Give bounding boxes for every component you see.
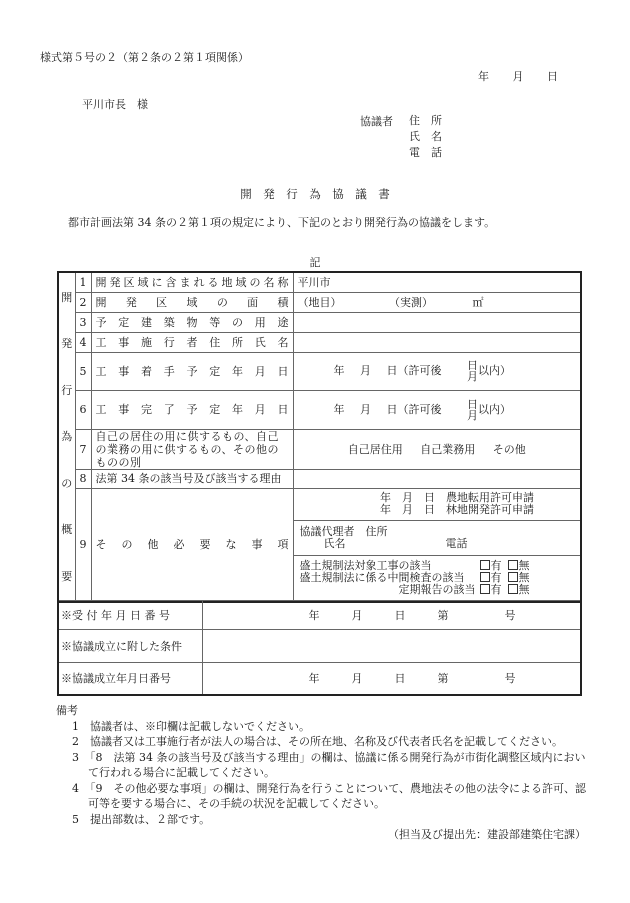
applicant-phone-field[interactable]: 電 話 <box>409 145 442 161</box>
applicant-fields: 住 所 氏 名 電 話 <box>409 113 442 161</box>
area-name-value[interactable]: 平川市 <box>293 272 581 292</box>
addressee: 平川市長 様 <box>82 96 148 112</box>
contractor-value[interactable] <box>293 332 581 352</box>
office-use-table: ※受 付 年 月 日 番 号 年月日第号 ※協議成立に附した条件 ※協議成立年月… <box>57 600 582 696</box>
notes: 備考 1 協議者は、※印欄は記載しないでください。 2 協議者又は工事施行者が法… <box>60 703 590 843</box>
agreement-value[interactable]: 年月日第号 <box>202 663 581 695</box>
ki-heading: 記 <box>0 254 630 270</box>
contact-info: （担当及び提出先：建設部建築住宅課） <box>60 827 590 843</box>
end-date-value[interactable]: 年 月 日（許可後 日 月 以内） <box>293 390 581 429</box>
applicant-name-field[interactable]: 氏 名 <box>409 129 442 145</box>
date-line: 年 月 日 <box>478 68 558 84</box>
notes-heading: 備考 <box>56 703 590 719</box>
applicant-label: 協議者 <box>360 113 393 129</box>
side-label: 開 発 行 為 の 概 要 <box>58 272 75 602</box>
note-item: 2 協議者又は工事施行者が法人の場合は、その所在地、名称及び代表者氏名を記載して… <box>72 734 590 750</box>
table-row: 8 法第 34 条の該当号及び該当する理由 <box>58 469 581 488</box>
row-label: 開発区域に含まれる地域の名称 <box>91 272 293 292</box>
note-item: 5 提出部数は、２部です。 <box>72 812 590 828</box>
table-row: 7 自己の居住の用に供するもの、自己の業務の用に供するもの、その他のものの別 自… <box>58 429 581 469</box>
conditions-value[interactable] <box>202 630 581 663</box>
overview-table: 開 発 行 為 の 概 要 1 開発区域に含まれる地域の名称 平川市 2 開発区… <box>57 271 582 603</box>
document-title: 開 発 行 為 協 議 書 <box>0 186 630 202</box>
usage-type-value[interactable]: 自己居住用 自己業務用 その他 <box>293 429 581 469</box>
building-use-value[interactable] <box>293 312 581 332</box>
intro-text: 都市計画法第 34 条の２第１項の規定により、下記のとおり開発行為の協議をします… <box>68 214 495 230</box>
date-day: 日 <box>547 68 558 84</box>
agent-info[interactable]: 協議代理者 住所 氏名電話 <box>294 521 581 556</box>
note-item: 4 「9 その他必要な事項」の欄は、開発行為を行うことについて、農地法その他の法… <box>72 781 590 812</box>
table-row: 4 工事施行者住所氏名 <box>58 332 581 352</box>
applicant-address-field[interactable]: 住 所 <box>409 113 442 129</box>
date-year: 年 <box>478 68 489 84</box>
table-row: ※受 付 年 月 日 番 号 年月日第号 <box>58 601 581 630</box>
embankment-checks: 盛土規制法対象工事の該当有無 盛土規制法に係る中間検査の該当有無 定期報告の該当… <box>294 556 581 601</box>
conditions-label: ※協議成立に附した条件 <box>58 630 202 663</box>
table-row: 6 工事完了予定年月日 年 月 日（許可後 日 月 以内） <box>58 390 581 429</box>
table-row: 3 予定建築物等の用途 <box>58 312 581 332</box>
permit-applications[interactable]: 年 月 日 農地転用許可申請 年 月 日 林地開発許可申請 <box>294 489 581 521</box>
other-matters-cell: 年 月 日 農地転用許可申請 年 月 日 林地開発許可申請 協議代理者 住所 氏… <box>293 488 581 602</box>
agreement-label: ※協議成立年月日番号 <box>58 663 202 695</box>
area-size-value[interactable]: （地目） （実測） ㎡ <box>293 292 581 312</box>
receipt-label: ※受 付 年 月 日 番 号 <box>58 601 202 630</box>
check-no[interactable]: 無 <box>508 584 530 596</box>
table-row: 2 開発区域の面積 （地目） （実測） ㎡ <box>58 292 581 312</box>
table-row: 5 工事着手予定年月日 年 月 日（許可後 日 月 以内） <box>58 352 581 390</box>
note-item: 1 協議者は、※印欄は記載しないでください。 <box>72 719 590 735</box>
note-item: 3 「8 法第 34 条の該当号及び該当する理由」の欄は、協議に係る開発行為が市… <box>72 750 590 781</box>
article34-reason-value[interactable] <box>293 469 581 488</box>
table-row: 9 その他必要な事項 年 月 日 農地転用許可申請 年 月 日 林地開発許可申請… <box>58 488 581 602</box>
start-date-value[interactable]: 年 月 日（許可後 日 月 以内） <box>293 352 581 390</box>
table-row: ※協議成立年月日番号 年月日第号 <box>58 663 581 695</box>
check-yes[interactable]: 有 <box>480 584 502 596</box>
table-row: ※協議成立に附した条件 <box>58 630 581 663</box>
form-number: 様式第５号の２（第２条の２第１項関係） <box>40 49 249 65</box>
table-row: 開 発 行 為 の 概 要 1 開発区域に含まれる地域の名称 平川市 <box>58 272 581 292</box>
receipt-value[interactable]: 年月日第号 <box>202 601 581 630</box>
date-month: 月 <box>513 68 524 84</box>
